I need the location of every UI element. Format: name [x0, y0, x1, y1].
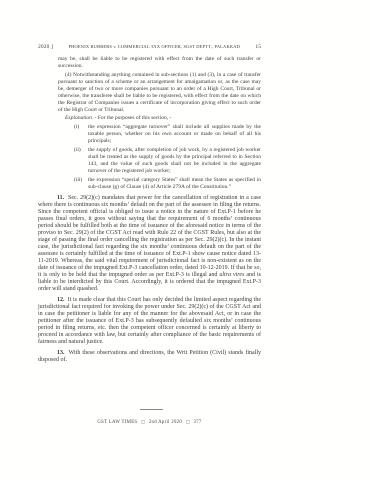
judgment-paragraph-13: 13. With these observations and directio…: [38, 350, 261, 364]
paragraph-text: It is made clear that this Court has onl…: [38, 297, 261, 345]
header-year: 2020 ]: [38, 44, 53, 50]
square-icon: □: [186, 419, 189, 425]
judgment-paragraph-12: 12. It is made clear that this Court has…: [38, 297, 261, 346]
explanation-item-i: (i)the expression “aggregate turnover” s…: [88, 124, 261, 145]
paragraph-number: 12.: [57, 297, 65, 303]
item-text: the supply of goods, after completion of…: [88, 147, 261, 174]
explanation-intro: - For the purposes of this section, -: [93, 115, 171, 121]
judgment-paragraph-11: 11. Sec. 29(2)(c) mandates that power fo…: [38, 195, 261, 293]
explanation-item-iii: (iii)the expression “special category St…: [88, 177, 261, 191]
footer-journal-name: GST LAW TIMES: [97, 420, 137, 425]
quote-explanation: Explanation. - For the purposes of this …: [58, 115, 261, 122]
item-number: (i): [74, 124, 79, 131]
item-text: the expression “aggregate turnover” shal…: [88, 124, 261, 144]
footer-issue-date: 2nd April 2020: [149, 420, 182, 425]
item-number: (iii): [74, 177, 82, 184]
explanation-item-ii: (ii)the supply of goods, after completio…: [88, 147, 261, 175]
explanation-label: Explanation.: [65, 115, 93, 121]
header-case-title: PHOENIX RUBBERS v. COMMERCIAL TAX OFFICE…: [53, 44, 255, 49]
case-title-defendant: COMMERCIAL TAX OFFICER, SGST DEPTT., PAL…: [116, 44, 240, 49]
running-header: 2020 ] PHOENIX RUBBERS v. COMMERCIAL TAX…: [38, 44, 261, 50]
paragraph-text: With these observations and directions, …: [38, 350, 261, 363]
item-number: (ii): [74, 147, 81, 154]
footer-page-number: 377: [194, 420, 202, 425]
header-page-number: 15: [255, 44, 261, 50]
paragraph-text: Sec. 29(2)(c) mandates that power for th…: [38, 195, 261, 278]
quote-continuation: may be, shall be liable to be registered…: [58, 56, 261, 70]
text-block: 2020 ] PHOENIX RUBBERS v. COMMERCIAL TAX…: [38, 44, 261, 364]
item-text: the expression “special category States”…: [88, 177, 261, 190]
running-footer: GST LAW TIMES□2nd April 2020□377: [38, 419, 261, 425]
quote-subsection-4: (4) Notwithstanding anything contained i…: [58, 72, 261, 114]
paragraph-number: 13.: [57, 350, 65, 356]
footer-separator-rule: [140, 409, 163, 410]
law-report-page: 2020 ] PHOENIX RUBBERS v. COMMERCIAL TAX…: [0, 0, 370, 480]
case-title-plaintiff: PHOENIX RUBBERS: [68, 44, 113, 49]
latin-phrase: ultra vires: [219, 272, 244, 278]
statute-quote-block: may be, shall be liable to be registered…: [58, 56, 261, 191]
square-icon: □: [141, 419, 144, 425]
